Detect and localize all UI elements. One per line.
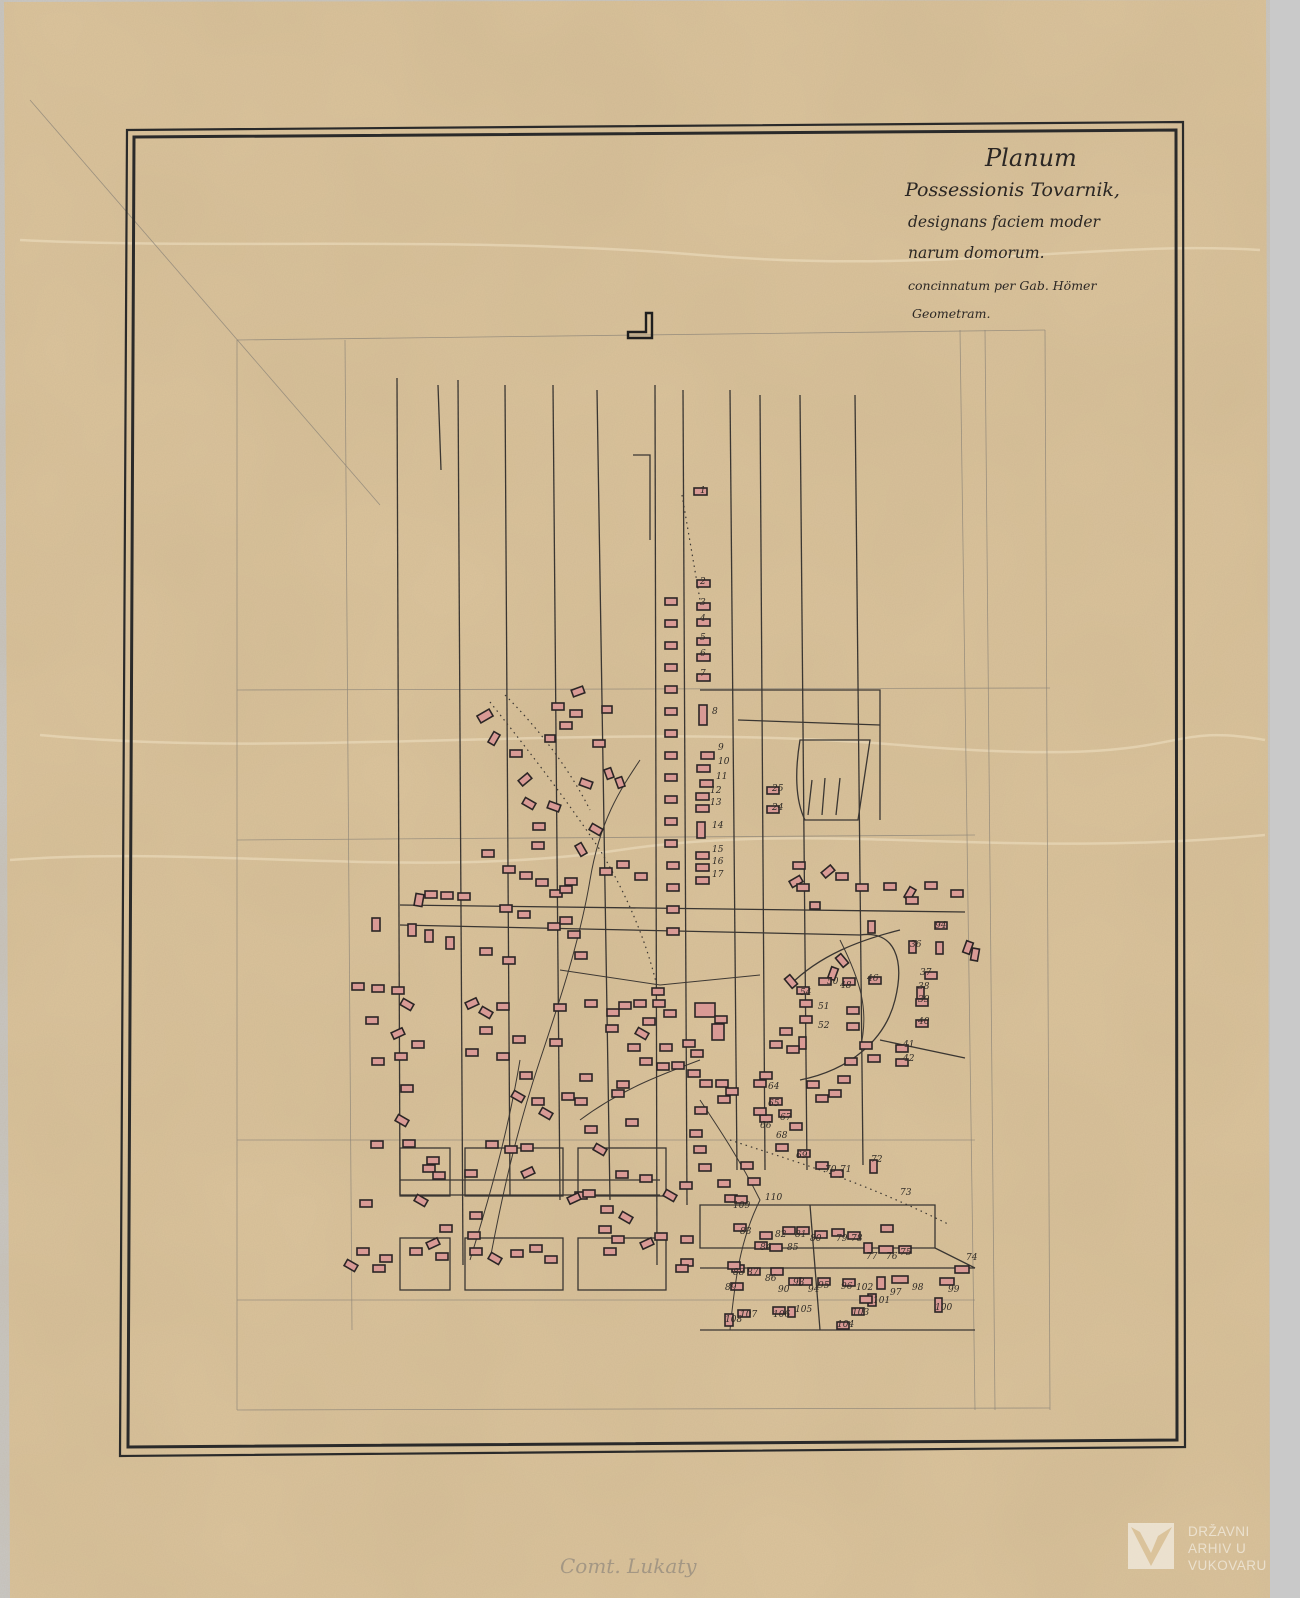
house-number-label: 39 (918, 995, 930, 1005)
house-marker (800, 1016, 812, 1023)
house-marker (500, 905, 512, 912)
title-line-2: Possessionis Tovarnik, (904, 179, 1120, 201)
house-number-label: 5 (700, 633, 706, 643)
house-marker (787, 1046, 799, 1053)
pencil-annotation: Comt. Lukaty (560, 1554, 697, 1578)
house-number-label: 1 (700, 486, 706, 496)
house-number-label: 42 (902, 1054, 915, 1064)
house-marker (392, 987, 404, 994)
house-marker (868, 1055, 880, 1062)
paper (0, 0, 1270, 1598)
house-marker (371, 1141, 383, 1148)
house-marker (510, 750, 522, 757)
house-marker (925, 882, 937, 889)
house-marker (971, 948, 980, 961)
house-marker (480, 1027, 492, 1034)
house-marker (616, 1171, 628, 1178)
house-marker (748, 1178, 760, 1185)
house-marker (410, 1248, 422, 1255)
house-number-label: 90 (778, 1285, 790, 1295)
house-number-label: 37 (920, 968, 932, 978)
house-marker (718, 1180, 730, 1187)
house-marker (600, 868, 612, 875)
house-marker (412, 1041, 424, 1048)
house-number-label: 68 (776, 1131, 788, 1141)
house-number-label: 50 (827, 977, 839, 987)
house-marker (770, 1244, 782, 1251)
house-marker (780, 1028, 792, 1035)
house-marker (881, 1225, 893, 1232)
house-marker (696, 864, 709, 871)
house-number-label: 4 (699, 614, 706, 624)
house-number-label: 67 (780, 1113, 792, 1123)
house-number-label: 85 (787, 1243, 799, 1253)
house-marker (628, 1044, 640, 1051)
house-marker (560, 886, 572, 893)
house-number-label: 104 (837, 1320, 854, 1330)
house-number-label: 102 (856, 1283, 873, 1293)
house-number-label: 41 (902, 1040, 914, 1050)
house-number-label: 36 (910, 940, 922, 950)
scanned-map-sheet: 1234567891011121314151617252436373839404… (0, 0, 1300, 1598)
house-marker (690, 1130, 702, 1137)
house-number-label: 2 (699, 577, 706, 587)
house-marker (408, 924, 416, 936)
house-number-label: 9 (718, 743, 724, 753)
house-number-label: 87 (747, 1268, 759, 1278)
house-marker (458, 893, 470, 900)
house-marker (847, 1023, 859, 1030)
house-marker (665, 708, 677, 715)
house-number-label: 6 (700, 649, 706, 659)
house-marker (696, 877, 709, 884)
house-marker (664, 1010, 676, 1017)
house-marker (836, 873, 848, 880)
house-number-label: 74 (966, 1253, 978, 1263)
house-marker (530, 1245, 542, 1252)
house-marker (575, 1098, 587, 1105)
house-marker (619, 1002, 631, 1009)
house-number-label: 96 (841, 1282, 853, 1292)
house-marker (718, 1096, 730, 1103)
house-marker (532, 1098, 544, 1105)
house-number-label: 73 (900, 1188, 912, 1198)
house-marker (604, 1248, 616, 1255)
house-marker (790, 1123, 802, 1130)
house-number-label: 8 (712, 707, 718, 717)
house-marker (503, 957, 515, 964)
archive-logo-icon (1128, 1523, 1174, 1569)
house-marker (583, 1190, 595, 1197)
house-marker (860, 1296, 872, 1303)
house-marker (667, 884, 679, 891)
house-marker (715, 1016, 727, 1023)
house-marker (634, 1000, 646, 1007)
title-line-3: designans faciem moder (908, 213, 1102, 231)
house-marker (665, 598, 677, 605)
house-marker (518, 911, 530, 918)
house-marker (655, 1233, 667, 1240)
house-number-label: 54 (800, 988, 812, 998)
house-marker (760, 1072, 772, 1079)
house-marker (441, 892, 453, 899)
house-number-label: 64 (768, 1082, 780, 1092)
house-marker (366, 1017, 378, 1024)
house-marker (580, 1074, 592, 1081)
archive-stamp-line-2: ARHIV U (1188, 1541, 1246, 1556)
house-marker (665, 774, 677, 781)
house-marker (536, 879, 548, 886)
house-marker (480, 948, 492, 955)
house-marker (380, 1255, 392, 1262)
house-marker (436, 1253, 448, 1260)
house-marker (652, 988, 664, 995)
house-number-label: 52 (818, 1021, 830, 1031)
house-marker (667, 928, 679, 935)
house-marker (612, 1090, 624, 1097)
house-marker (829, 1090, 841, 1097)
house-marker (550, 1039, 562, 1046)
house-number-label: 84 (760, 1243, 772, 1253)
house-marker (602, 706, 612, 713)
house-marker (667, 862, 679, 869)
house-marker (601, 1206, 613, 1213)
house-marker (665, 818, 677, 825)
house-number-label: 12 (710, 786, 722, 796)
house-number-label: 82 (775, 1230, 787, 1240)
house-number-label: 99 (948, 1285, 960, 1295)
house-marker (626, 1119, 638, 1126)
house-marker (640, 1058, 652, 1065)
house-number-label: 24 (771, 803, 784, 813)
house-number-label: 48 (839, 981, 852, 991)
house-marker (657, 1063, 669, 1070)
house-marker (694, 1146, 706, 1153)
house-number-label: 98 (912, 1283, 924, 1293)
house-marker (680, 1182, 692, 1189)
house-marker (482, 850, 494, 857)
house-number-label: 108 (725, 1315, 742, 1325)
house-marker (653, 1000, 665, 1007)
house-number-label: 14 (712, 821, 724, 831)
house-number-label: 95 (818, 1281, 830, 1291)
house-marker (695, 1107, 707, 1114)
house-number-label: 25 (771, 784, 784, 794)
house-number-label: 78 (851, 1234, 863, 1244)
house-number-label: 10 (718, 757, 730, 767)
house-marker (726, 1088, 738, 1095)
house-marker (681, 1236, 693, 1243)
house-number-label: 105 (795, 1305, 812, 1315)
house-number-label: 106 (773, 1310, 790, 1320)
house-marker (691, 1050, 703, 1057)
house-marker (797, 884, 809, 891)
house-marker (665, 730, 677, 737)
house-marker (532, 842, 544, 849)
archive-stamp: DRŽAVNI ARHIV U VUKOVARU (1128, 1523, 1267, 1573)
house-number-label: 71 (840, 1165, 851, 1175)
house-number-label: 80 (810, 1234, 822, 1244)
house-marker (696, 793, 709, 800)
house-marker (884, 883, 896, 890)
house-marker (940, 1278, 954, 1285)
house-marker (754, 1108, 766, 1115)
house-number-label: 51 (818, 1002, 829, 1012)
house-marker (425, 930, 433, 942)
house-marker (585, 1126, 597, 1133)
house-marker (470, 1248, 482, 1255)
house-marker (560, 917, 572, 924)
house-marker (612, 1236, 624, 1243)
house-marker (951, 890, 963, 897)
house-marker (892, 1276, 908, 1283)
house-marker (799, 1037, 806, 1049)
house-marker (503, 866, 515, 873)
house-marker (373, 1265, 385, 1272)
house-marker (700, 1080, 712, 1087)
house-number-label: 46 (866, 974, 879, 984)
house-number-label: 72 (871, 1155, 883, 1165)
house-marker (599, 1226, 611, 1233)
house-marker (716, 1080, 728, 1087)
house-marker (617, 1081, 629, 1088)
house-marker (672, 1062, 684, 1069)
house-marker (545, 1256, 557, 1263)
house-marker (741, 1162, 753, 1169)
house-marker (665, 796, 677, 803)
house-marker (699, 705, 707, 725)
house-marker (868, 921, 875, 933)
house-number-label: 13 (710, 798, 722, 808)
house-marker (552, 703, 564, 710)
house-marker (395, 1053, 407, 1060)
house-marker (807, 1081, 819, 1088)
archive-stamp-line-3: VUKOVARU (1188, 1558, 1267, 1573)
house-marker (607, 1009, 619, 1016)
house-marker (906, 897, 918, 904)
house-marker (486, 1141, 498, 1148)
house-marker (548, 923, 560, 930)
house-marker (554, 1004, 566, 1011)
house-marker (357, 1248, 369, 1255)
house-marker (955, 1266, 969, 1273)
house-marker (665, 620, 677, 627)
house-marker (665, 752, 677, 759)
house-marker (427, 1157, 439, 1164)
house-marker (511, 1250, 523, 1257)
house-marker (545, 735, 555, 742)
house-marker (697, 765, 710, 772)
house-number-label: 100 (935, 1303, 952, 1313)
house-marker (688, 1070, 700, 1077)
house-marker (860, 1042, 872, 1049)
house-marker (810, 902, 820, 909)
house-marker (838, 1076, 850, 1083)
house-marker (565, 878, 577, 885)
house-marker (665, 664, 677, 671)
house-number-label: 79 (836, 1234, 848, 1244)
house-marker (446, 937, 454, 949)
house-number-label: 69 (796, 1151, 808, 1161)
house-marker (414, 893, 424, 906)
house-marker (433, 1172, 445, 1179)
house-marker (699, 1164, 711, 1171)
house-marker (403, 1140, 415, 1147)
house-marker (425, 891, 437, 898)
house-marker (640, 1175, 652, 1182)
house-marker (816, 1095, 828, 1102)
house-marker (593, 740, 605, 747)
house-marker (695, 1003, 715, 1017)
house-number-label: 97 (890, 1288, 902, 1298)
house-marker (936, 942, 943, 954)
house-marker (360, 1200, 372, 1207)
house-marker (497, 1003, 509, 1010)
house-marker (533, 823, 545, 830)
house-number-label: 3 (700, 598, 706, 608)
house-marker (617, 861, 629, 868)
house-marker (665, 642, 677, 649)
house-marker (606, 1025, 618, 1032)
house-marker (466, 1049, 478, 1056)
house-marker (667, 906, 679, 913)
house-number-label: 7 (700, 669, 706, 679)
house-marker (497, 1053, 509, 1060)
house-marker (560, 722, 572, 729)
house-number-label: 11 (716, 772, 727, 782)
house-number-label: 66 (760, 1121, 772, 1131)
house-marker (568, 931, 580, 938)
house-marker (683, 1040, 695, 1047)
house-marker (676, 1265, 688, 1272)
house-number-label: 40 (917, 1017, 930, 1027)
house-marker (372, 1058, 384, 1065)
house-number-label: 109 (733, 1201, 750, 1211)
house-marker (505, 1146, 517, 1153)
house-number-label: 76 (886, 1252, 898, 1262)
house-marker (470, 1212, 482, 1219)
house-marker (465, 1170, 477, 1177)
house-marker (440, 1225, 452, 1232)
house-marker (701, 752, 714, 759)
house-number-label: 89 (725, 1283, 737, 1293)
house-marker (847, 1007, 859, 1014)
house-number-label: 107 (740, 1310, 757, 1320)
house-number-label: 16 (712, 857, 724, 867)
house-marker (877, 1277, 885, 1289)
title-line-6: Geometram. (912, 306, 990, 321)
house-marker (570, 710, 582, 717)
house-number-label: 83 (740, 1227, 752, 1237)
house-marker (468, 1232, 480, 1239)
house-number-label: 93 (793, 1278, 805, 1288)
house-marker (643, 1018, 655, 1025)
house-marker (856, 884, 868, 891)
house-marker (585, 1000, 597, 1007)
house-number-label: 101 (873, 1296, 890, 1306)
house-marker (562, 1093, 574, 1100)
house-marker (352, 983, 364, 990)
house-number-label: 94 (935, 921, 947, 931)
house-number-label: 88 (733, 1268, 745, 1278)
house-number-label: 38 (918, 982, 930, 992)
title-line-5: concinnatum per Gab. Hömer (908, 278, 1097, 293)
house-marker (660, 1044, 672, 1051)
house-marker (770, 1041, 782, 1048)
house-marker (635, 873, 647, 880)
house-number-label: 15 (712, 845, 724, 855)
house-marker (776, 1144, 788, 1151)
house-marker (665, 686, 677, 693)
house-marker (372, 985, 384, 992)
house-marker (520, 1072, 532, 1079)
house-marker (423, 1165, 435, 1172)
house-marker (696, 852, 709, 859)
house-number-label: 17 (712, 870, 724, 880)
house-marker (665, 840, 677, 847)
house-marker (513, 1036, 525, 1043)
house-number-label: 86 (765, 1274, 777, 1284)
house-marker (754, 1080, 766, 1087)
house-number-label: 81 (795, 1230, 806, 1240)
house-marker (697, 822, 705, 838)
house-number-label: 110 (765, 1193, 782, 1203)
archive-stamp-line-1: DRŽAVNI (1188, 1524, 1250, 1539)
house-marker (401, 1085, 413, 1092)
house-marker (575, 952, 587, 959)
house-marker (696, 805, 709, 812)
house-marker (760, 1232, 772, 1239)
title-line-4: narum domorum. (908, 244, 1045, 262)
house-marker (520, 872, 532, 879)
house-marker (800, 1000, 812, 1007)
house-marker (845, 1058, 857, 1065)
house-number-label: 75 (900, 1248, 912, 1258)
house-marker (793, 862, 805, 869)
house-number-label: 77 (866, 1252, 878, 1262)
house-marker (712, 1024, 724, 1040)
house-number-label: 65 (768, 1099, 780, 1109)
house-number-label: 70 (825, 1165, 837, 1175)
house-marker (521, 1144, 533, 1151)
house-marker (372, 918, 380, 931)
house-number-label: 103 (852, 1308, 869, 1318)
title-line-1: Planum (984, 144, 1077, 172)
